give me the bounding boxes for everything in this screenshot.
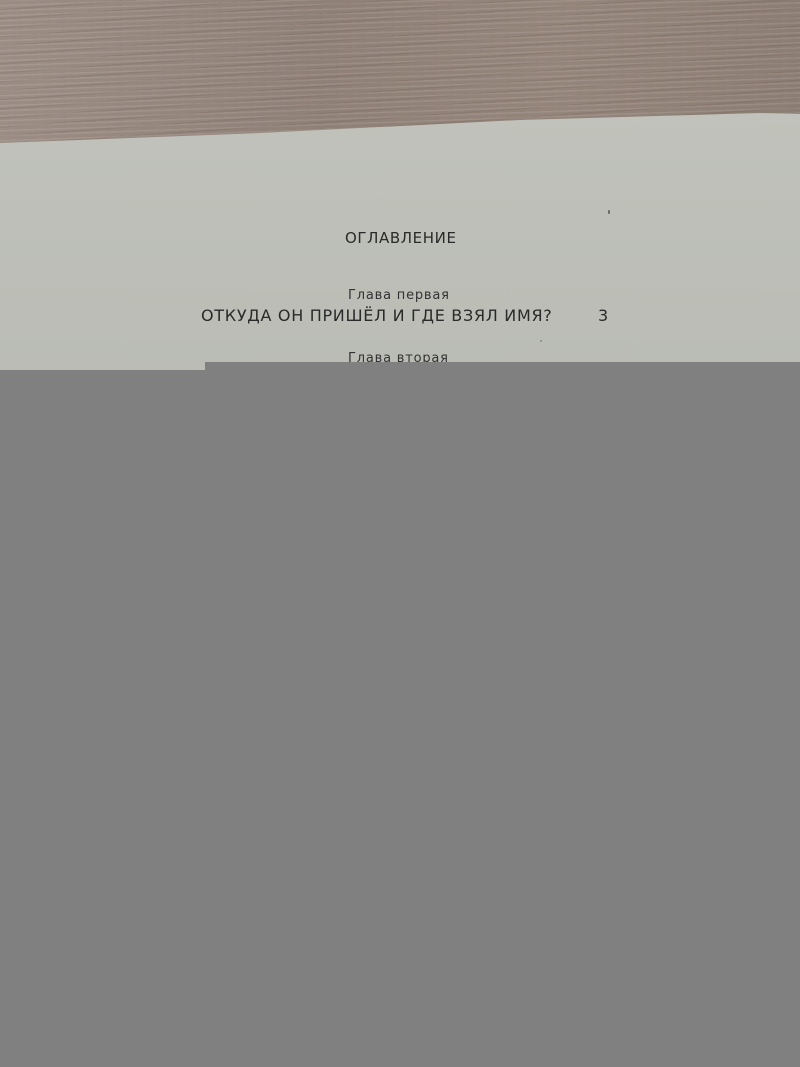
table-of-contents-heading: ОГЛАВЛЕНИЕ bbox=[345, 229, 457, 247]
chapter-1-label: Глава первая bbox=[348, 288, 450, 303]
chapter-1-title: ОТКУДА ОН ПРИШЁЛ И ГДЕ ВЗЯЛ ИМЯ? bbox=[201, 306, 552, 325]
paper-speck bbox=[608, 210, 610, 214]
paper-speck bbox=[540, 340, 542, 342]
chapter-2-label: Глава вторая bbox=[348, 351, 449, 362]
redacted-region bbox=[0, 362, 800, 1067]
chapter-1-page-number: 3 bbox=[598, 306, 608, 325]
